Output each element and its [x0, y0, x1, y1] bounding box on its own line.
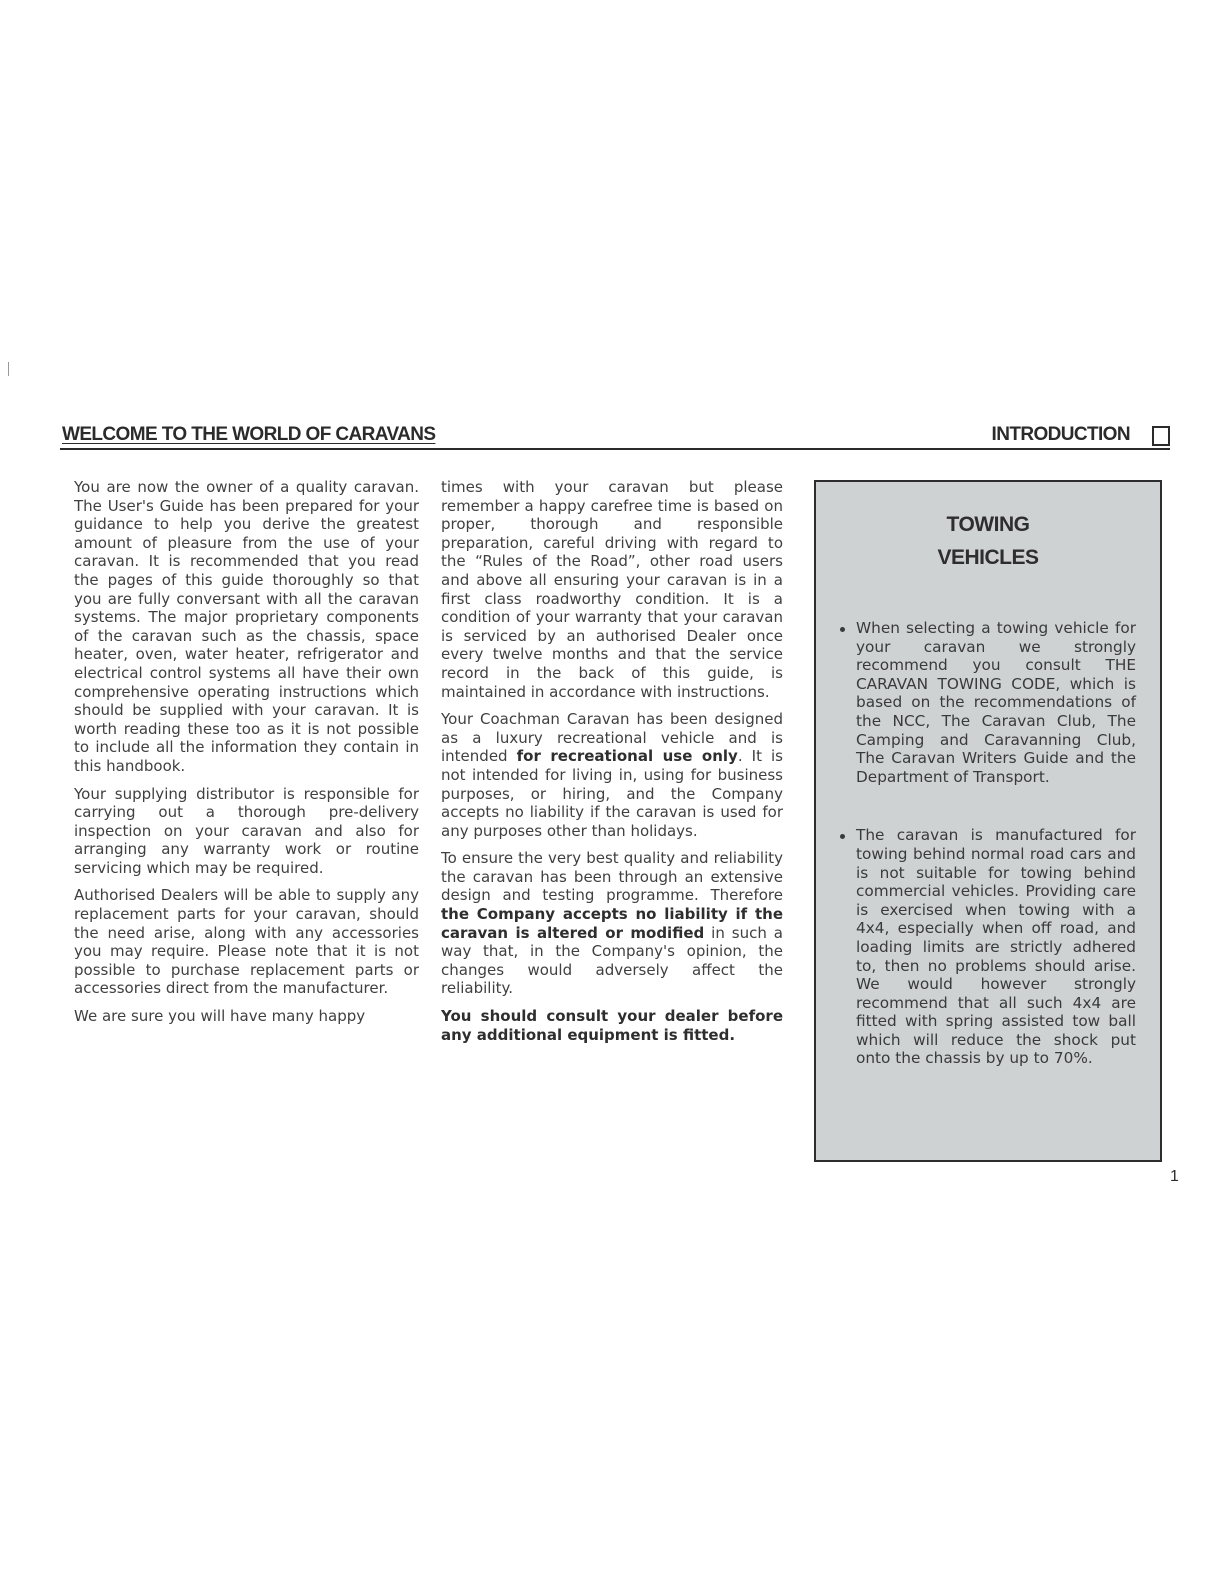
paragraph: To ensure the very best quality and reli…: [441, 849, 783, 998]
page-header: WELCOME TO THE WORLD OF CARAVANS INTRODU…: [60, 424, 1170, 450]
box-title-line: VEHICLES: [816, 541, 1160, 574]
towing-vehicles-box: TOWING VEHICLES When selecting a towing …: [814, 480, 1162, 1162]
page-number: 1: [1170, 1168, 1179, 1186]
bullet-icon: [840, 834, 845, 839]
paragraph: You should consult your dealer before an…: [441, 1007, 783, 1044]
box-bullet-list: When selecting a towing vehicle for your…: [816, 619, 1160, 1068]
section-label: INTRODUCTION: [992, 424, 1130, 446]
bold-text: You should consult your dealer before an…: [441, 1007, 783, 1044]
box-title: TOWING VEHICLES: [816, 508, 1160, 574]
list-item-text: The caravan is manufactured for towing b…: [856, 826, 1136, 1067]
list-item: The caravan is manufactured for towing b…: [838, 826, 1136, 1068]
paragraph: You are now the owner of a quality carav…: [74, 478, 419, 776]
paragraph: Authorised Dealers will be able to suppl…: [74, 886, 419, 998]
box-title-line: TOWING: [816, 508, 1160, 541]
bullet-icon: [840, 627, 845, 632]
paragraph: times with your caravan but please remem…: [441, 478, 783, 701]
paragraph: Your Coachman Caravan has been designed …: [441, 710, 783, 840]
column-left: You are now the owner of a quality carav…: [74, 478, 419, 1035]
list-item: When selecting a towing vehicle for your…: [838, 619, 1136, 786]
section-marker-box-icon: [1152, 426, 1170, 446]
chapter-title: WELCOME TO THE WORLD OF CARAVANS: [62, 424, 435, 446]
paragraph: Your supplying distributor is responsibl…: [74, 785, 419, 878]
scan-edge-mark: [8, 362, 9, 376]
text-run: To ensure the very best quality and reli…: [441, 849, 783, 904]
bold-text: for recreational use only: [517, 747, 738, 765]
list-item-text: When selecting a towing vehicle for your…: [856, 619, 1136, 786]
paragraph: We are sure you will have many happy: [74, 1007, 419, 1026]
column-middle: times with your caravan but please remem…: [441, 478, 783, 1053]
